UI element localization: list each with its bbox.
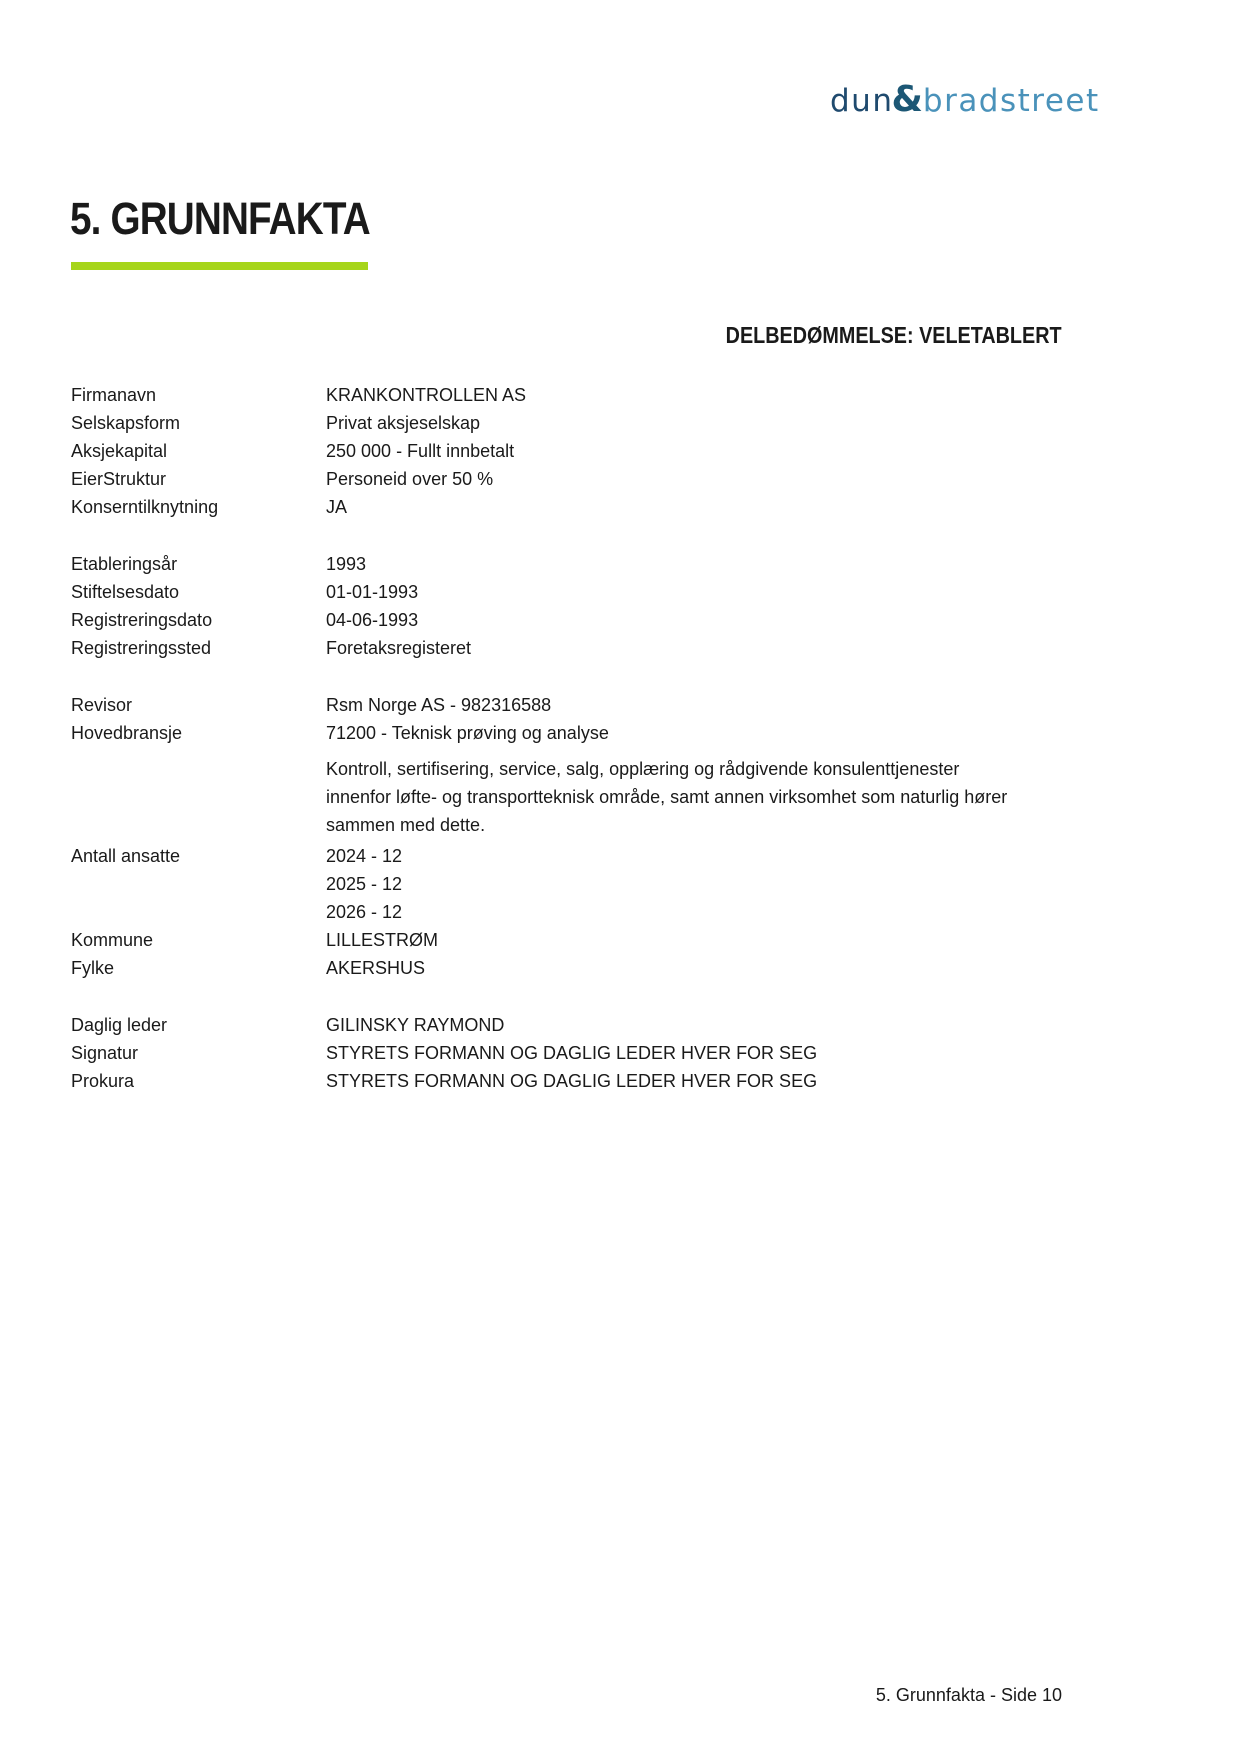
fact-value: Privat aksjeselskap [326, 413, 1061, 441]
fact-label: Selskapsform [71, 413, 326, 441]
fact-label [71, 902, 326, 930]
fact-label [71, 787, 326, 815]
fact-label [71, 874, 326, 902]
fact-row: Aksjekapital250 000 - Fullt innbetalt [71, 441, 1061, 469]
fact-row: Stiftelsesdato01-01-1993 [71, 582, 1061, 610]
fact-value: 250 000 - Fullt innbetalt [326, 441, 1061, 469]
fact-label [71, 759, 326, 787]
fact-row: RegistreringsstedForetaksregisteret [71, 638, 1061, 666]
fact-value: Foretaksregisteret [326, 638, 1061, 666]
fact-label: EierStruktur [71, 469, 326, 497]
fact-label [71, 815, 326, 843]
fact-value: KRANKONTROLLEN AS [326, 385, 1061, 413]
fact-label: Stiftelsesdato [71, 582, 326, 610]
fact-label: Prokura [71, 1071, 326, 1099]
fact-row: ProkuraSTYRETS FORMANN OG DAGLIG LEDER H… [71, 1071, 1061, 1099]
fact-value: LILLESTRØM [326, 930, 1061, 958]
fact-value: Rsm Norge AS - 982316588 [326, 695, 1061, 723]
fact-label: Kommune [71, 930, 326, 958]
group-spacer [71, 986, 1061, 1015]
fact-value: STYRETS FORMANN OG DAGLIG LEDER HVER FOR… [326, 1043, 1061, 1071]
fact-row: FirmanavnKRANKONTROLLEN AS [71, 385, 1061, 413]
fact-value: 2025 - 12 [326, 874, 1061, 902]
fact-label: Registreringsdato [71, 610, 326, 638]
industry-description-line: sammen med dette. [71, 815, 1061, 843]
fact-label: Konserntilknytning [71, 497, 326, 525]
fact-row: SelskapsformPrivat aksjeselskap [71, 413, 1061, 441]
fact-row: Antall ansatte2024 - 12 [71, 846, 1061, 874]
logo-bradstreet: bradstreet [923, 83, 1100, 119]
fact-label: Revisor [71, 695, 326, 723]
fact-row: EierStrukturPersoneid over 50 % [71, 469, 1061, 497]
page-title: 5. GRUNNFAKTA [70, 194, 370, 244]
fact-label: Daglig leder [71, 1015, 326, 1043]
fact-row: 2026 - 12 [71, 902, 1061, 930]
fact-row: Hovedbransje71200 - Teknisk prøving og a… [71, 723, 1061, 751]
industry-description-line: Kontroll, sertifisering, service, salg, … [71, 759, 1061, 787]
fact-label: Firmanavn [71, 385, 326, 413]
group-spacer [71, 525, 1061, 554]
dun-bradstreet-logo: dun&bradstreet [830, 80, 1100, 120]
fact-row: Registreringsdato04-06-1993 [71, 610, 1061, 638]
fact-row: Daglig lederGILINSKY RAYMOND [71, 1015, 1061, 1043]
fact-label: Antall ansatte [71, 846, 326, 874]
fact-label: Etableringsår [71, 554, 326, 582]
fact-value: 71200 - Teknisk prøving og analyse [326, 723, 1061, 751]
fact-label: Fylke [71, 958, 326, 986]
fact-row: Etableringsår1993 [71, 554, 1061, 582]
fact-value: STYRETS FORMANN OG DAGLIG LEDER HVER FOR… [326, 1071, 1061, 1099]
fact-value: 04-06-1993 [326, 610, 1061, 638]
fact-value: GILINSKY RAYMOND [326, 1015, 1061, 1043]
fact-value: 2026 - 12 [326, 902, 1061, 930]
logo-dun: dun [830, 83, 893, 119]
logo-ampersand-icon: & [891, 79, 920, 120]
fact-value: 1993 [326, 554, 1061, 582]
fact-value: 01-01-1993 [326, 582, 1061, 610]
group-spacer [71, 666, 1061, 695]
fact-value: Personeid over 50 % [326, 469, 1061, 497]
basic-facts-table: FirmanavnKRANKONTROLLEN ASSelskapsformPr… [71, 385, 1061, 1099]
fact-label: Hovedbransje [71, 723, 326, 751]
fact-row: FylkeAKERSHUS [71, 958, 1061, 986]
title-underline-divider [71, 262, 368, 270]
fact-value: Kontroll, sertifisering, service, salg, … [326, 759, 1061, 787]
fact-row: SignaturSTYRETS FORMANN OG DAGLIG LEDER … [71, 1043, 1061, 1071]
fact-label: Registreringssted [71, 638, 326, 666]
fact-value: JA [326, 497, 1061, 525]
fact-label: Signatur [71, 1043, 326, 1071]
fact-value: 2024 - 12 [326, 846, 1061, 874]
fact-label: Aksjekapital [71, 441, 326, 469]
fact-row: RevisorRsm Norge AS - 982316588 [71, 695, 1061, 723]
industry-description-line: innenfor løfte- og transportteknisk områ… [71, 787, 1061, 815]
fact-row: KommuneLILLESTRØM [71, 930, 1061, 958]
fact-row: KonserntilknytningJA [71, 497, 1061, 525]
fact-value: sammen med dette. [326, 815, 1061, 843]
fact-value: innenfor løfte- og transportteknisk områ… [326, 787, 1061, 815]
fact-row: 2025 - 12 [71, 874, 1061, 902]
page-footer: 5. Grunnfakta - Side 10 [876, 1685, 1062, 1705]
rating-heading: DELBEDØMMELSE: VELETABLERT [726, 322, 1062, 348]
fact-value: AKERSHUS [326, 958, 1061, 986]
